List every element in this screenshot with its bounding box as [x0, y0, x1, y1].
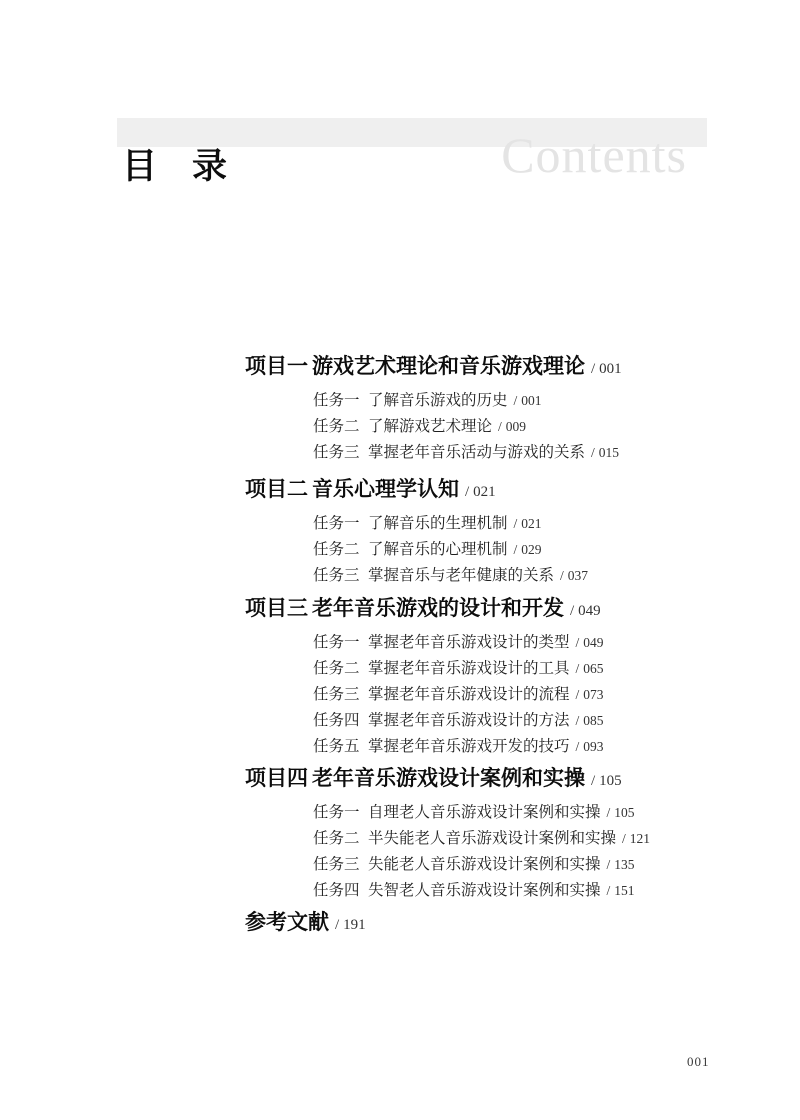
separator: /: [576, 630, 580, 656]
task-label: 任务二: [313, 826, 368, 852]
chapter-page: 105: [599, 773, 622, 789]
separator: /: [335, 912, 339, 938]
separator: /: [514, 511, 518, 537]
separator: /: [576, 734, 580, 760]
separator: /: [622, 826, 626, 852]
task-page: 085: [583, 713, 603, 728]
separator: /: [498, 414, 502, 440]
chapter-page: 049: [578, 603, 601, 619]
task-label: 任务四: [313, 878, 368, 904]
task-label: 任务二: [313, 537, 368, 563]
task-title: 掌握老年音乐游戏开发的技巧: [368, 738, 570, 755]
separator: /: [607, 878, 611, 904]
chapter-block: 项目二音乐心理学认知/021 任务一了解音乐的生理机制/021 任务二了解音乐的…: [245, 477, 725, 589]
task-row: 任务三掌握老年音乐游戏设计的流程/073: [245, 682, 725, 708]
footer-page-number: 001: [687, 1054, 710, 1070]
chapter-title: 游戏艺术理论和音乐游戏理论: [312, 355, 585, 378]
separator: /: [576, 682, 580, 708]
references-title: 参考文献: [245, 911, 329, 934]
task-label: 任务三: [313, 682, 368, 708]
task-title: 了解游戏艺术理论: [368, 418, 492, 435]
task-page: 015: [599, 445, 619, 460]
task-row: 任务四掌握老年音乐游戏设计的方法/085: [245, 708, 725, 734]
task-title: 了解音乐的生理机制: [368, 515, 508, 532]
task-label: 任务三: [313, 440, 368, 466]
task-label: 任务四: [313, 708, 368, 734]
task-list: 任务一自理老人音乐游戏设计案例和实操/105 任务二半失能老人音乐游戏设计案例和…: [245, 800, 725, 904]
separator: /: [591, 356, 595, 382]
separator: /: [514, 388, 518, 414]
chapter-label: 项目四: [245, 766, 312, 792]
separator: /: [591, 768, 595, 794]
separator: /: [465, 479, 469, 505]
task-row: 任务四失智老人音乐游戏设计案例和实操/151: [245, 878, 725, 904]
task-page: 021: [521, 516, 541, 531]
chapter-page: 001: [599, 361, 622, 377]
task-title: 掌握老年音乐游戏设计的方法: [368, 712, 570, 729]
separator: /: [607, 800, 611, 826]
task-row: 任务三失能老人音乐游戏设计案例和实操/135: [245, 852, 725, 878]
task-label: 任务一: [313, 511, 368, 537]
task-row: 任务三掌握老年音乐活动与游戏的关系/015: [245, 440, 725, 466]
separator: /: [591, 440, 595, 466]
references-page: 191: [343, 917, 366, 933]
task-row: 任务一自理老人音乐游戏设计案例和实操/105: [245, 800, 725, 826]
task-label: 任务五: [313, 734, 368, 760]
separator: /: [514, 537, 518, 563]
task-page: 121: [630, 831, 650, 846]
task-row: 任务一掌握老年音乐游戏设计的类型/049: [245, 630, 725, 656]
task-row: 任务二了解音乐的心理机制/029: [245, 537, 725, 563]
references-row: 参考文献/191: [245, 910, 725, 938]
chapter-heading: 项目二音乐心理学认知/021: [245, 477, 725, 505]
chapter-block: 项目四老年音乐游戏设计案例和实操/105 任务一自理老人音乐游戏设计案例和实操/…: [245, 766, 725, 904]
task-page: 037: [568, 568, 588, 583]
chapter-title: 音乐心理学认知: [312, 478, 459, 501]
separator: /: [560, 563, 564, 589]
task-page: 151: [614, 883, 634, 898]
chapter-label: 项目三: [245, 596, 312, 622]
task-title: 掌握老年音乐活动与游戏的关系: [368, 444, 585, 461]
chapter-heading: 项目三老年音乐游戏的设计和开发/049: [245, 596, 725, 624]
task-row: 任务二了解游戏艺术理论/009: [245, 414, 725, 440]
document-page: Contents 目 录 项目一游戏艺术理论和音乐游戏理论/001 任务一了解音…: [0, 0, 800, 1120]
chapter-page: 021: [473, 484, 496, 500]
task-title: 掌握音乐与老年健康的关系: [368, 567, 554, 584]
task-title: 掌握老年音乐游戏设计的流程: [368, 686, 570, 703]
task-page: 009: [506, 419, 526, 434]
separator: /: [570, 598, 574, 624]
chapter-label: 项目二: [245, 477, 312, 503]
task-title: 了解音乐游戏的历史: [368, 392, 508, 409]
chapter-label: 项目一: [245, 354, 312, 380]
separator: /: [576, 708, 580, 734]
task-list: 任务一掌握老年音乐游戏设计的类型/049 任务二掌握老年音乐游戏设计的工具/06…: [245, 630, 725, 760]
page-title-english: Contents: [501, 130, 687, 180]
chapter-heading: 项目一游戏艺术理论和音乐游戏理论/001: [245, 354, 725, 382]
task-title: 掌握老年音乐游戏设计的类型: [368, 634, 570, 651]
task-row: 任务五掌握老年音乐游戏开发的技巧/093: [245, 734, 725, 760]
chapter-title: 老年音乐游戏的设计和开发: [312, 597, 564, 620]
task-page: 049: [583, 635, 603, 650]
task-title: 失智老人音乐游戏设计案例和实操: [368, 882, 601, 899]
task-page: 001: [521, 393, 541, 408]
task-title: 掌握老年音乐游戏设计的工具: [368, 660, 570, 677]
task-page: 135: [614, 857, 634, 872]
chapter-block: 项目一游戏艺术理论和音乐游戏理论/001 任务一了解音乐游戏的历史/001 任务…: [245, 354, 725, 466]
task-list: 任务一了解音乐的生理机制/021 任务二了解音乐的心理机制/029 任务三掌握音…: [245, 511, 725, 589]
task-label: 任务一: [313, 800, 368, 826]
chapter-block: 项目三老年音乐游戏的设计和开发/049 任务一掌握老年音乐游戏设计的类型/049…: [245, 596, 725, 760]
task-title: 半失能老人音乐游戏设计案例和实操: [368, 830, 616, 847]
task-label: 任务二: [313, 656, 368, 682]
task-label: 任务一: [313, 630, 368, 656]
task-row: 任务二掌握老年音乐游戏设计的工具/065: [245, 656, 725, 682]
page-title-chinese: 目 录: [122, 146, 227, 188]
task-row: 任务一了解音乐的生理机制/021: [245, 511, 725, 537]
separator: /: [607, 852, 611, 878]
task-row: 任务二半失能老人音乐游戏设计案例和实操/121: [245, 826, 725, 852]
task-title: 自理老人音乐游戏设计案例和实操: [368, 804, 601, 821]
separator: /: [576, 656, 580, 682]
task-page: 073: [583, 687, 603, 702]
task-row: 任务三掌握音乐与老年健康的关系/037: [245, 563, 725, 589]
task-label: 任务二: [313, 414, 368, 440]
task-title: 失能老人音乐游戏设计案例和实操: [368, 856, 601, 873]
task-page: 093: [583, 739, 603, 754]
task-page: 065: [583, 661, 603, 676]
task-label: 任务三: [313, 852, 368, 878]
task-row: 任务一了解音乐游戏的历史/001: [245, 388, 725, 414]
chapter-heading: 项目四老年音乐游戏设计案例和实操/105: [245, 766, 725, 794]
task-page: 105: [614, 805, 634, 820]
task-label: 任务三: [313, 563, 368, 589]
task-label: 任务一: [313, 388, 368, 414]
task-page: 029: [521, 542, 541, 557]
chapter-title: 老年音乐游戏设计案例和实操: [312, 767, 585, 790]
task-list: 任务一了解音乐游戏的历史/001 任务二了解游戏艺术理论/009 任务三掌握老年…: [245, 388, 725, 466]
task-title: 了解音乐的心理机制: [368, 541, 508, 558]
